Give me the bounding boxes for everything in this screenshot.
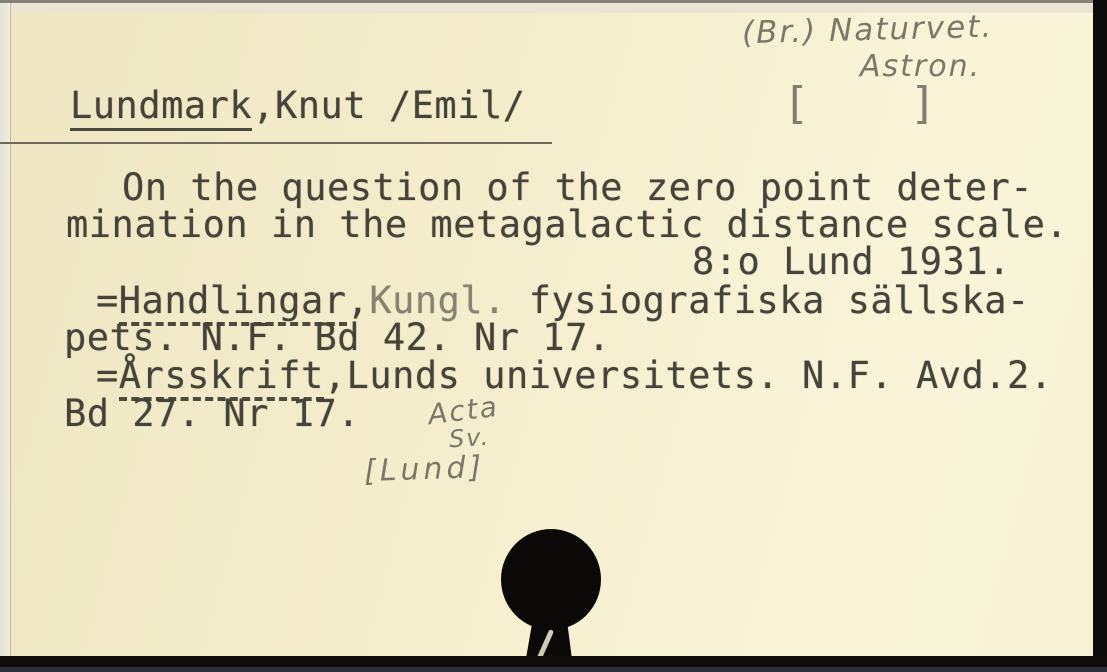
heading-divider-rule [0, 142, 552, 144]
author-surname: Lundmark [70, 84, 252, 131]
author-forenames: ,Knut /Emil/ [252, 84, 525, 127]
author-heading: Lundmark,Knut /Emil/ [70, 86, 526, 126]
series2-line-1: =Årsskrift,Lunds universitets. N.F. Avd.… [96, 356, 1053, 396]
series2-prefix: = [96, 354, 119, 397]
title-line-2: mination in the metagalactic distance sc… [66, 205, 1068, 245]
handwritten-bracket-close: ] [913, 78, 932, 129]
series1-line-2: pets. N.F. Bd 42. Nr 17. [64, 318, 611, 358]
series2-line-2: Bd 27. Nr 17. [64, 394, 360, 434]
handwritten-bracket-open: [ [789, 78, 808, 129]
handwritten-lund-note: [Lund] [363, 450, 485, 489]
imprint-line: 8:o Lund 1931. [692, 242, 1011, 282]
punch-hole [501, 529, 601, 630]
catalog-card-scan: (Br.) Naturvet. Astron. [ ] Lundmark,Knu… [0, 0, 1107, 672]
scan-left-edge-strip [0, 3, 11, 656]
handwritten-classification-line1: (Br.) Naturvet. [742, 9, 994, 52]
title-line-1: On the question of the zero point deter- [122, 168, 1033, 208]
series1-line-1: =Handlingar,Kungl. fysiografiska sällska… [96, 281, 1030, 321]
scan-right-edge [1093, 0, 1107, 672]
series2-rest: ,Lunds universitets. N.F. Avd.2. [324, 354, 1053, 397]
scan-bottom-edge-border [0, 667, 1107, 672]
handwritten-sv-note: Sv. [448, 423, 491, 454]
scan-bottom-edge [0, 656, 1107, 667]
